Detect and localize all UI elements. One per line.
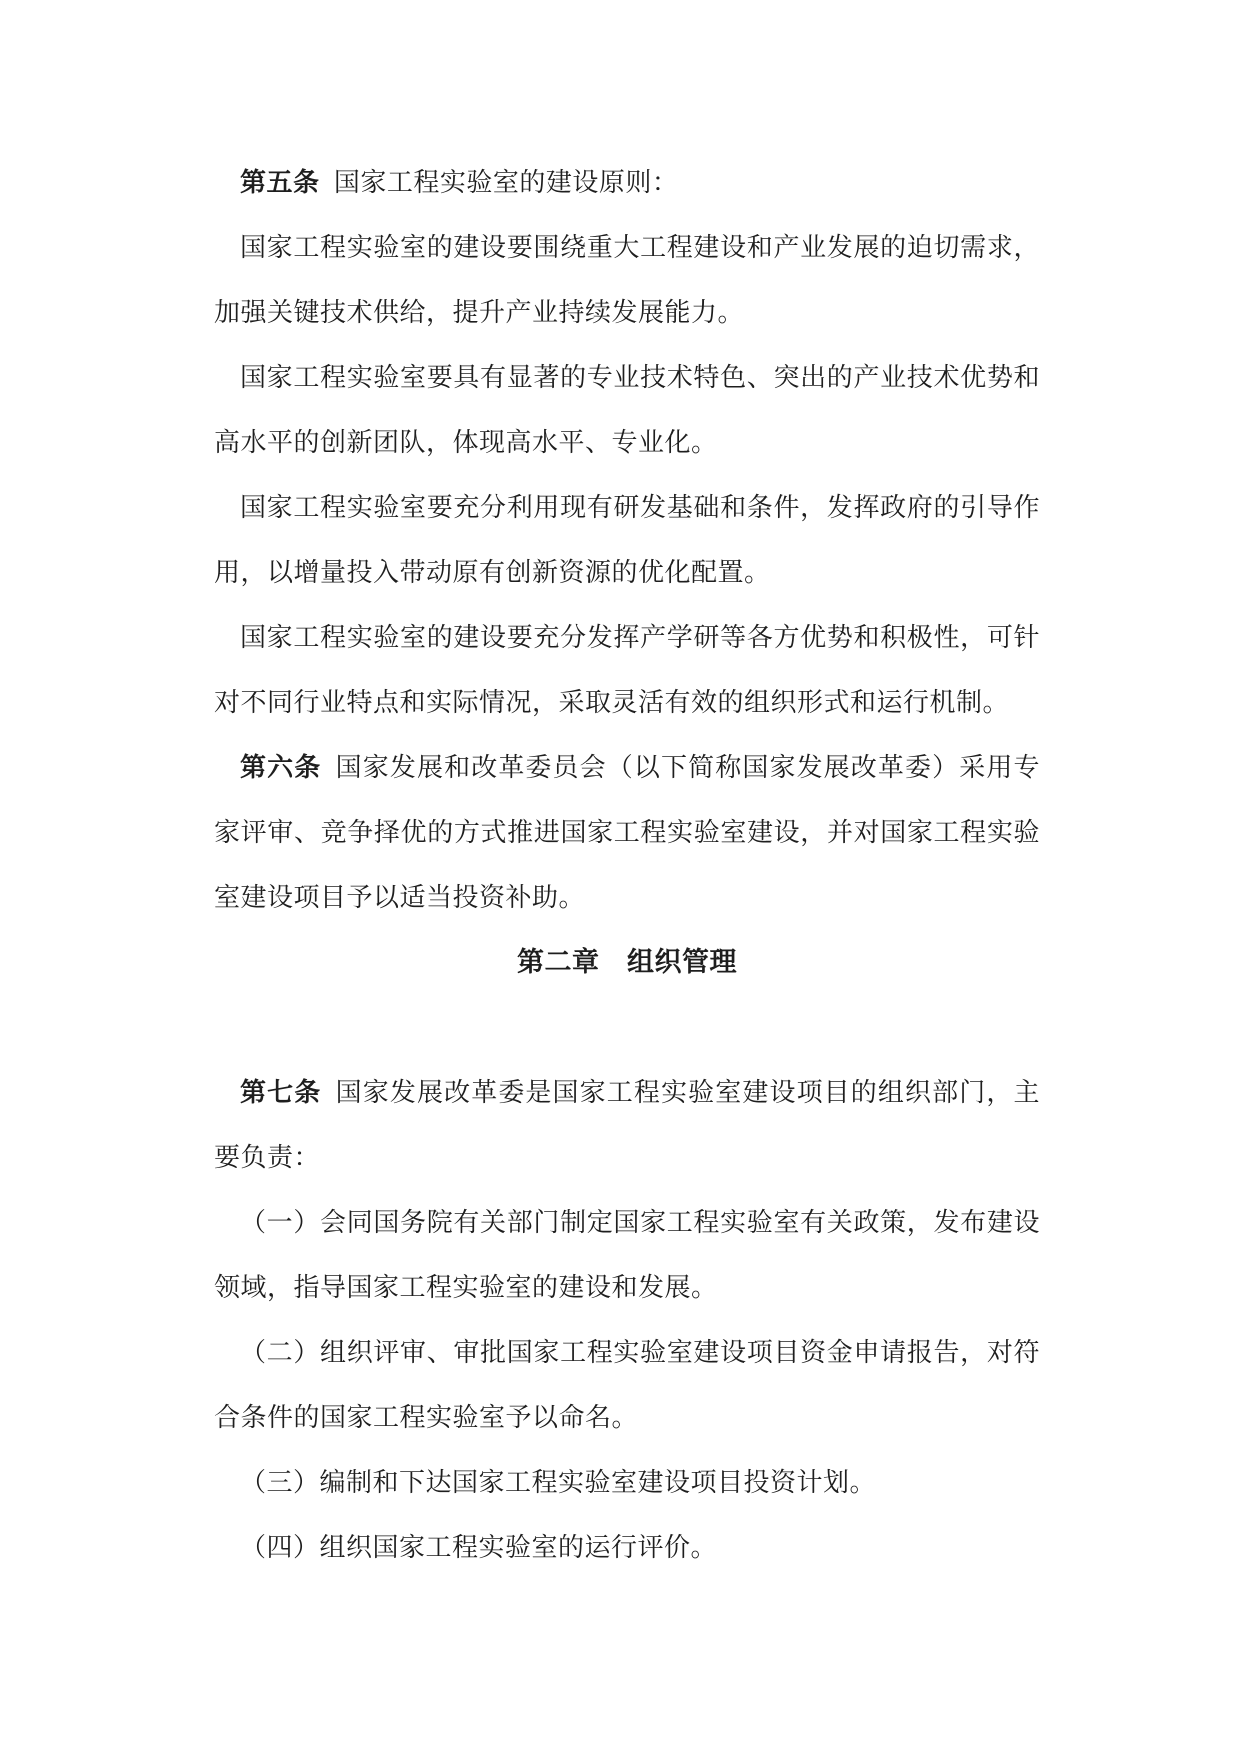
- duty-item-3-text: （三）编制和下达国家工程实验室建设项目投资计划。: [240, 1468, 876, 1497]
- duty-item-2-text: （二）组织评审、审批国家工程实验室建设项目资金申请报告，对符合条件的国家工程实验…: [214, 1338, 1040, 1432]
- article-5-text: 国家工程实验室的建设原则：: [334, 168, 679, 197]
- principle-paragraph-1: 国家工程实验室的建设要围绕重大工程建设和产业发展的迫切需求，加强关键技术供给，提…: [214, 215, 1040, 345]
- duty-item-4: （四）组织国家工程实验室的运行评价。: [214, 1515, 1040, 1580]
- principle-paragraph-2: 国家工程实验室要具有显著的专业技术特色、突出的产业技术优势和高水平的创新团队，体…: [214, 345, 1040, 475]
- principle-3-text: 国家工程实验室要充分利用现有研发基础和条件，发挥政府的引导作用，以增量投入带动原…: [214, 493, 1040, 587]
- duty-item-1: （一）会同国务院有关部门制定国家工程实验室有关政策，发布建设领域，指导国家工程实…: [214, 1190, 1040, 1320]
- chapter-2-heading: 第二章 组织管理: [214, 930, 1040, 995]
- principle-2-text: 国家工程实验室要具有显著的专业技术特色、突出的产业技术优势和高水平的创新团队，体…: [214, 363, 1040, 457]
- article-7-label: 第七条: [240, 1078, 321, 1107]
- article-5-paragraph: 第五条国家工程实验室的建设原则：: [214, 150, 1040, 215]
- document-page: 第五条国家工程实验室的建设原则： 国家工程实验室的建设要围绕重大工程建设和产业发…: [0, 0, 1241, 1754]
- duty-item-2: （二）组织评审、审批国家工程实验室建设项目资金申请报告，对符合条件的国家工程实验…: [214, 1320, 1040, 1450]
- principle-4-text: 国家工程实验室的建设要充分发挥产学研等各方优势和积极性，可针对不同行业特点和实际…: [214, 623, 1040, 717]
- duty-item-1-text: （一）会同国务院有关部门制定国家工程实验室有关政策，发布建设领域，指导国家工程实…: [214, 1208, 1040, 1302]
- article-6-paragraph: 第六条国家发展和改革委员会（以下简称国家发展改革委）采用专家评审、竞争择优的方式…: [214, 735, 1040, 930]
- principle-1-text: 国家工程实验室的建设要围绕重大工程建设和产业发展的迫切需求，加强关键技术供给，提…: [214, 233, 1040, 327]
- article-7-text: 国家发展改革委是国家工程实验室建设项目的组织部门，主要负责：: [214, 1078, 1040, 1172]
- article-6-text: 国家发展和改革委员会（以下简称国家发展改革委）采用专家评审、竞争择优的方式推进国…: [214, 753, 1040, 912]
- duty-item-4-text: （四）组织国家工程实验室的运行评价。: [240, 1533, 717, 1562]
- principle-paragraph-3: 国家工程实验室要充分利用现有研发基础和条件，发挥政府的引导作用，以增量投入带动原…: [214, 475, 1040, 605]
- duty-item-3: （三）编制和下达国家工程实验室建设项目投资计划。: [214, 1450, 1040, 1515]
- article-6-label: 第六条: [240, 753, 321, 782]
- article-5-label: 第五条: [240, 168, 320, 197]
- article-7-paragraph: 第七条国家发展改革委是国家工程实验室建设项目的组织部门，主要负责：: [214, 1060, 1040, 1190]
- principle-paragraph-4: 国家工程实验室的建设要充分发挥产学研等各方优势和积极性，可针对不同行业特点和实际…: [214, 605, 1040, 735]
